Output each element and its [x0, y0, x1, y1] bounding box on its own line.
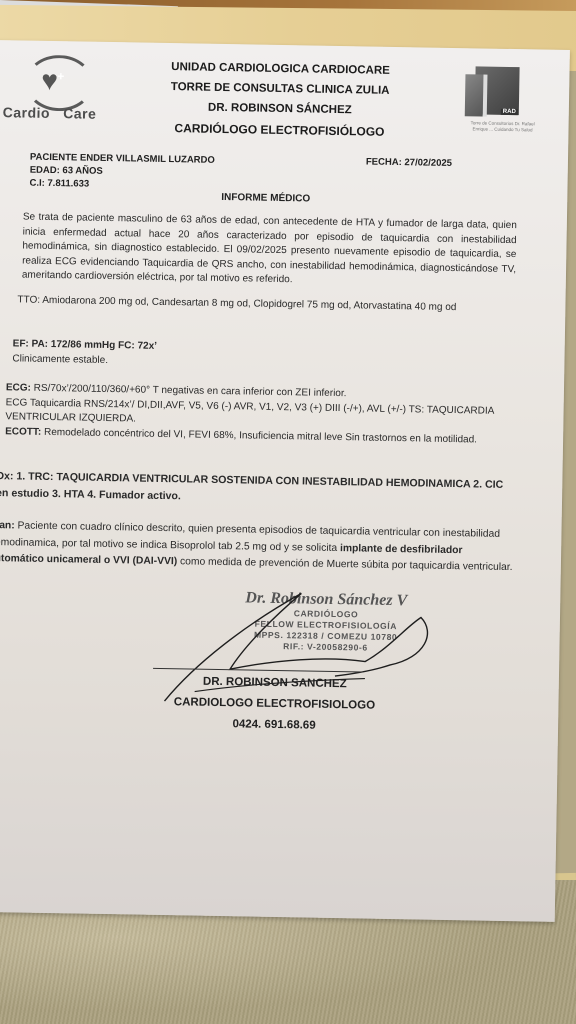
physical-exam: EF: PA: 172/86 mmHg FC: 72x’ Clinicament…: [12, 337, 512, 375]
plus-icon: +: [57, 69, 64, 83]
ecg-section: ECG: RS/70x’/200/110/360/+60° T negativa…: [5, 381, 511, 448]
patient-info: PACIENTE ENDER VILLASMIL LUZARDO EDAD: 6…: [29, 151, 215, 193]
plan-label: Plan:: [0, 520, 15, 531]
report-date: FECHA: 27/02/2025: [366, 156, 452, 169]
clinic-tower: TORRE DE CONSULTAS CLINICA ZULIA: [115, 80, 445, 98]
patient-id: C.I: 7.811.633: [29, 177, 214, 193]
treatment: TTO: Amiodarona 200 mg od, Candesartan 8…: [17, 293, 517, 316]
rad-badge: RAD: [501, 109, 518, 115]
rad-logo: RAD Torre de Consultorios Dr. Rafael Enr…: [464, 66, 541, 143]
cardiocare-logo: ♥ + Cardio Care: [2, 54, 119, 128]
ecott-label: ECOTT:: [5, 426, 41, 438]
plan: Plan: Paciente con cuadro clínico descri…: [0, 518, 520, 577]
clinical-history: Se trata de paciente masculino de 63 año…: [22, 210, 517, 292]
plan-text-2: como medida de prevención de Muerte súbi…: [177, 556, 513, 573]
doctor-name-header: DR. ROBINSON SÁNCHEZ: [115, 100, 445, 118]
doctor-specialty-header: CARDIÓLOGO ELECTROFISIÓLOGO: [114, 120, 444, 140]
report-title: INFORME MÉDICO: [221, 192, 310, 205]
heart-icon: ♥: [41, 67, 58, 95]
clinic-unit: UNIDAD CARDIOLOGICA CARDIOCARE: [115, 60, 445, 78]
diagnosis: Dx: 1. TRC: TAQUICARDIA VENTRICULAR SOST…: [0, 468, 516, 511]
rad-caption: Torre de Consultorios Dr. Rafael Enrique…: [464, 120, 540, 133]
medical-report-sheet: ♥ + Cardio Care UNIDAD CARDIOLOGICA CARD…: [0, 40, 570, 922]
signature-block: DR. ROBINSON SANCHEZ CARDIOLOGO ELECTROF…: [154, 671, 395, 738]
logo-text: Cardio Care: [3, 104, 97, 122]
ecg-label: ECG:: [6, 382, 31, 393]
building-front-shape: [465, 74, 488, 116]
letterhead: UNIDAD CARDIOLOGICA CARDIOCARE TORRE DE …: [114, 60, 445, 148]
signer-phone: 0424. 691.68.69: [154, 713, 394, 738]
signer-title: CARDIOLOGO ELECTROFISIOLOGO: [154, 692, 394, 717]
